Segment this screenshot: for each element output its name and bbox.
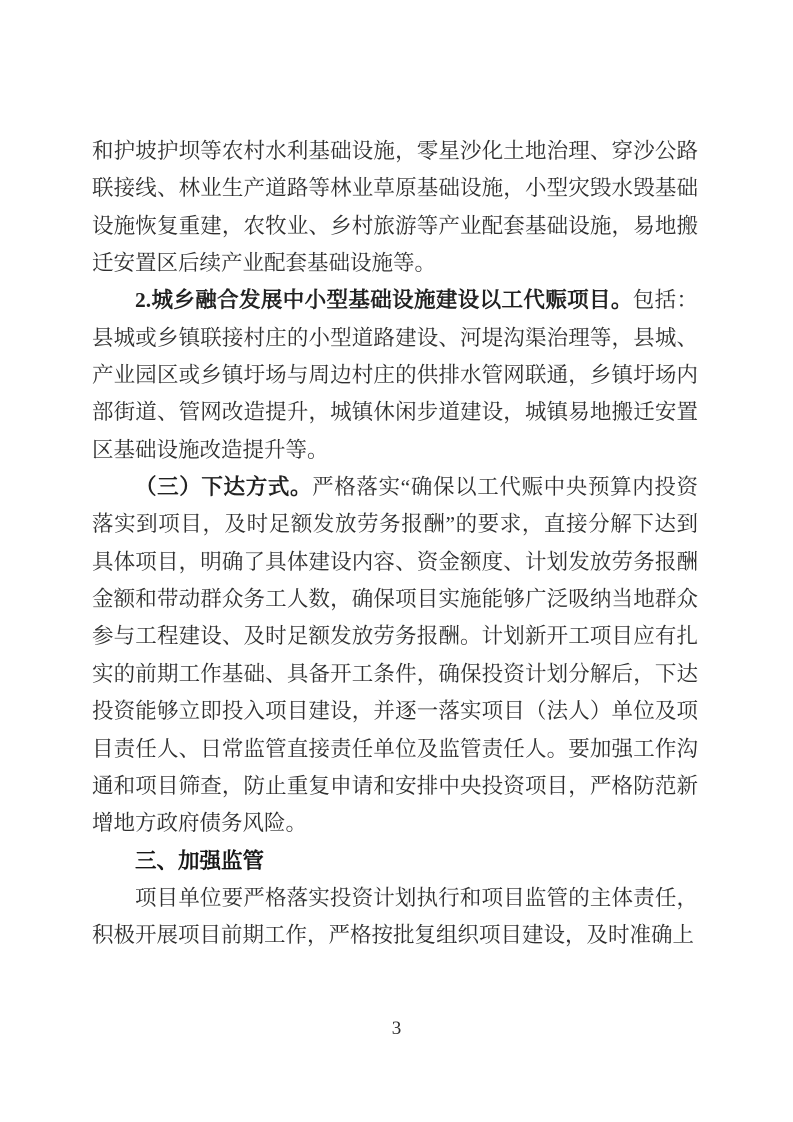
section-heading-strengthen-supervision: 三、加强监管 bbox=[92, 843, 698, 880]
paragraph-item-2-body: 包括：县城或乡镇联接村庄的小型道路建设、河堤沟渠治理等，县城、产业园区或乡镇圩场… bbox=[92, 288, 698, 461]
paragraph-delivery-method-body: 严格落实“确保以工代赈中央预算内投资落实到项目，及时足额发放劳务报酬”的要求，直… bbox=[92, 475, 698, 835]
paragraph-delivery-method: （三）下达方式。严格落实“确保以工代赈中央预算内投资落实到项目，及时足额发放劳务… bbox=[92, 469, 698, 842]
paragraph-item-2-lead: 2.城乡融合发展中小型基础设施建设以工代赈项目。 bbox=[135, 288, 633, 312]
paragraph-supervision: 项目单位要严格落实投资计划执行和项目监管的主体责任，积极开展项目前期工作，严格按… bbox=[92, 880, 698, 955]
document-body: 和护坡护坝等农村水利基础设施，零星沙化土地治理、穿沙公路联接线、林业生产道路等林… bbox=[92, 133, 698, 955]
paragraph-item-2: 2.城乡融合发展中小型基础设施建设以工代赈项目。包括：县城或乡镇联接村庄的小型道… bbox=[92, 282, 698, 469]
paragraph-delivery-method-lead: （三）下达方式。 bbox=[135, 475, 312, 499]
document-page: 和护坡护坝等农村水利基础设施，零星沙化土地治理、穿沙公路联接线、林业生产道路等林… bbox=[0, 0, 793, 1122]
page-number: 3 bbox=[0, 1014, 793, 1044]
paragraph-continuation: 和护坡护坝等农村水利基础设施，零星沙化土地治理、穿沙公路联接线、林业生产道路等林… bbox=[92, 133, 698, 282]
